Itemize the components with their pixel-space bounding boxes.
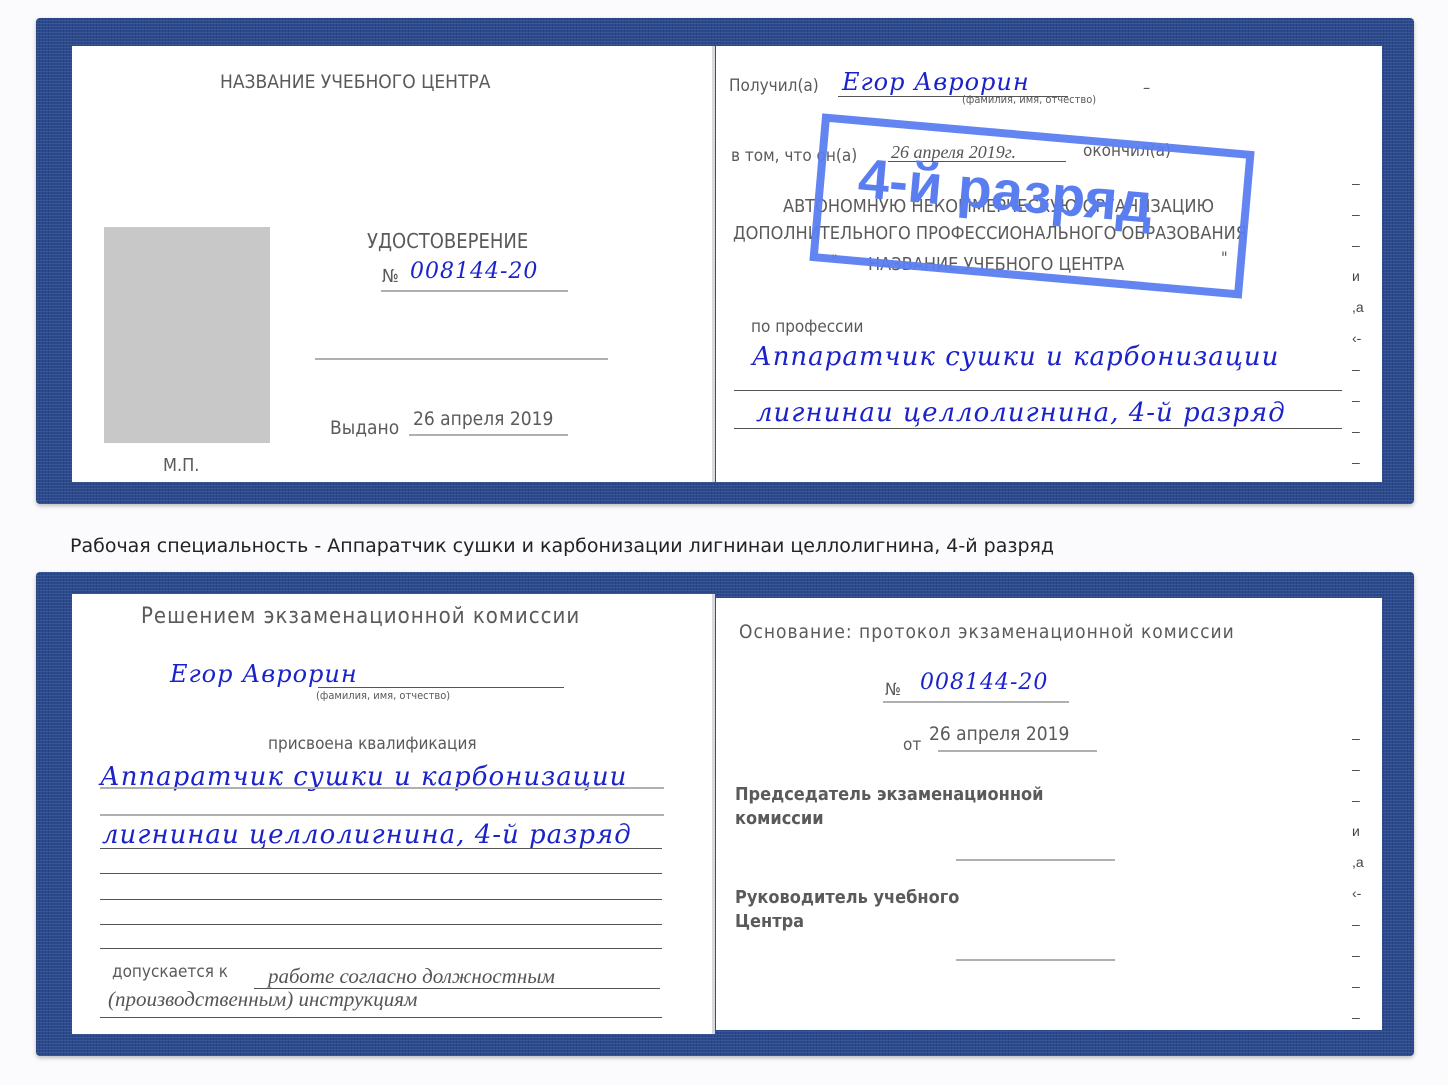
protocol-date-label: от (903, 735, 921, 755)
blank-line-1 (100, 848, 662, 849)
margin-mark: – (1352, 237, 1360, 253)
bottom-spine (712, 594, 715, 1034)
protocol-number: 008144-20 (920, 670, 1048, 695)
margin-mark: – (1352, 206, 1360, 222)
margin-mark: ,а (1352, 299, 1364, 315)
chairman-line-1: Председатель экзаменационной (735, 784, 1044, 805)
number-underline (381, 290, 568, 292)
issued-label: Выдано (330, 417, 399, 439)
signature-line (315, 358, 608, 360)
qualification-line-2: лигнинаи целлолигнина, 4-й разряд (102, 820, 632, 850)
profession-underline-1 (734, 390, 1342, 391)
blank-line-2 (100, 873, 662, 874)
certificate-number: 008144-20 (410, 259, 538, 284)
head-line-1: Руководитель учебного (735, 887, 959, 908)
margin-mark: – (1352, 947, 1360, 963)
protocol-number-underline (883, 701, 1069, 703)
margin-mark: – (1352, 978, 1360, 994)
profession-line-2: лигнинаи целлолигнина, 4-й разряд (756, 398, 1286, 428)
head-line-2: Центра (735, 911, 804, 932)
head-signature-line (956, 959, 1115, 961)
specialty-caption: Рабочая специальность - Аппаратчик сушки… (70, 532, 1070, 560)
margin-mark: – (1352, 1009, 1360, 1025)
margin-mark: – (1352, 761, 1360, 777)
top-spine (712, 46, 715, 482)
person-underline (318, 687, 564, 688)
margin-mark: – (1352, 730, 1360, 746)
dash: – (1143, 78, 1150, 97)
admitted-line-2: (производственным) инструкциям (108, 987, 417, 1012)
blank-line-4 (100, 924, 662, 925)
profession-underline-2 (734, 428, 1342, 429)
margin-mark: ,а (1352, 854, 1364, 870)
protocol-number-prefix: № (885, 680, 901, 700)
margin-mark: ‹- (1352, 330, 1361, 346)
margin-mark: – (1352, 392, 1360, 408)
seal-label: М.П. (163, 455, 199, 476)
fio-hint: (фамилия, имя, отчество) (962, 93, 1096, 106)
profession-line-1: Аппаратчик сушки и карбонизации (752, 342, 1279, 372)
doc-title: УДОСТОВЕРЕНИЕ (367, 229, 528, 253)
protocol-date-underline (938, 750, 1097, 752)
margin-mark: и (1352, 268, 1360, 284)
person-fio-hint: (фамилия, имя, отчество) (316, 689, 450, 702)
issued-underline (409, 434, 568, 436)
margin-mark: – (1352, 361, 1360, 377)
admitted-line-1: работе согласно должностным (268, 964, 555, 989)
qualification-underline-1 (100, 787, 664, 789)
blank-line-3 (100, 899, 662, 900)
margin-mark: ‹- (1352, 885, 1361, 901)
blank-line-5 (100, 948, 662, 949)
chairman-signature-line (956, 859, 1115, 861)
photo-placeholder (104, 227, 270, 443)
margin-mark: – (1352, 175, 1360, 191)
margin-mark: и (1352, 823, 1360, 839)
chairman-line-2: комиссии (735, 808, 824, 829)
number-prefix: № (382, 266, 399, 287)
qualification-underline-2 (100, 814, 664, 816)
person-name: Егор Аврорин (170, 660, 358, 688)
admitted-underline-2 (100, 1017, 662, 1018)
recipient-name: Егор Аврорин (842, 68, 1030, 96)
basis-title: Основание: протокол экзаменационной коми… (739, 621, 1235, 643)
qualification-label: присвоена квалификация (268, 734, 477, 754)
issued-date: 26 апреля 2019 (413, 408, 553, 430)
margin-mark: – (1352, 423, 1360, 439)
org-name: НАЗВАНИЕ УЧЕБНОГО ЦЕНТРА (220, 71, 490, 93)
margin-mark: – (1352, 454, 1360, 470)
protocol-date: 26 апреля 2019 (929, 723, 1069, 745)
decision-title: Решением экзаменационной комиссии (141, 604, 580, 629)
profession-label: по профессии (751, 317, 863, 337)
margin-mark: – (1352, 792, 1360, 808)
received-label: Получил(а) (729, 76, 819, 96)
margin-mark: – (1352, 916, 1360, 932)
admitted-label: допускается к (112, 962, 228, 982)
